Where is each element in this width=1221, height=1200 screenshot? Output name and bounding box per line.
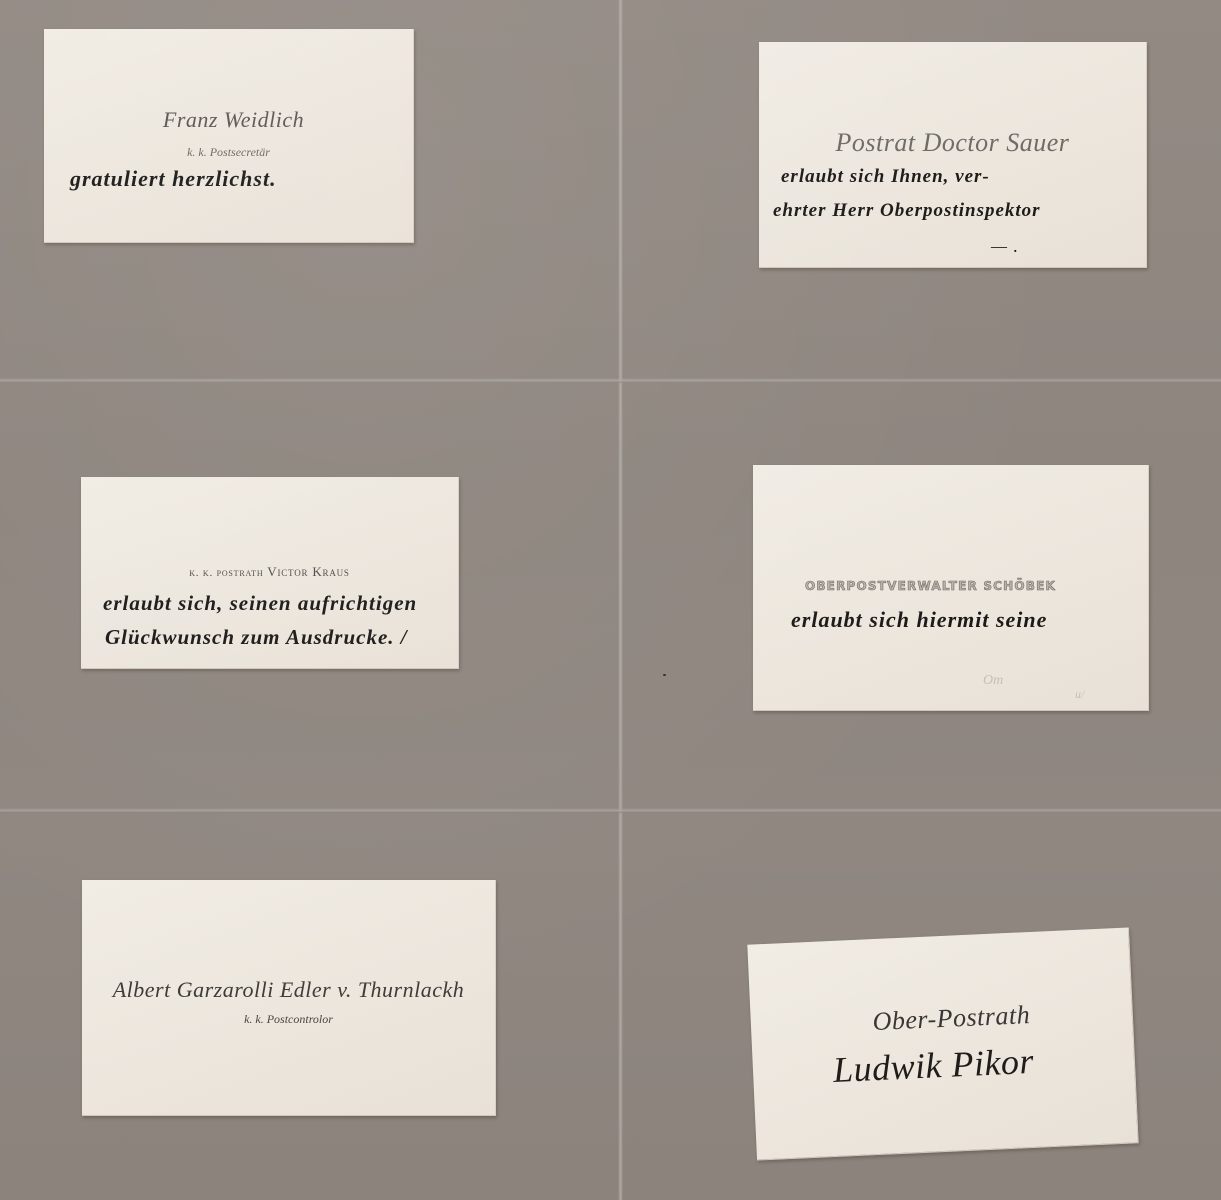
card-schobek: OBERPOSTVERWALTER SCHÖBEK erlaubt sich h… — [753, 465, 1149, 711]
pencil-mark: u/ — [1075, 687, 1084, 702]
card-printed-name-line: k. k. postrath Victor Kraus — [81, 564, 458, 580]
card-printed-name: Postrat Doctor Sauer — [759, 128, 1146, 158]
card-ludwik-pikor: Ober-Postrath Ludwik Pikor — [747, 927, 1138, 1160]
card-handwritten-line: ehrter Herr Oberpostinspektor — [773, 200, 1041, 222]
card-printed-title: k. k. Postsecretär — [44, 145, 413, 160]
card-printed-name: Ludwik Pikor — [752, 1035, 1135, 1094]
card-handwritten-line: gratuliert herzlichst. — [70, 166, 277, 192]
card-handwritten-line: erlaubt sich Ihnen, ver- — [781, 166, 990, 188]
card-albert-garzarolli: Albert Garzarolli Edler v. Thurnlackh k.… — [82, 880, 496, 1116]
card-printed-name: Franz Weidlich — [44, 107, 413, 133]
card-printed-title: Ober-Postrath — [750, 995, 1132, 1042]
card-handwritten-line: erlaubt sich, seinen aufrichtigen — [103, 591, 417, 616]
pencil-mark: Om — [983, 673, 1003, 689]
sleeve-divider-vertical — [618, 0, 623, 1200]
card-printed-prefix: k. k. postrath — [189, 567, 263, 579]
card-printed-name: Albert Garzarolli Edler v. Thurnlackh — [82, 977, 495, 1003]
sleeve-divider-horizontal-bottom — [0, 808, 1221, 813]
card-handwritten-signature: — . — [991, 236, 1019, 257]
card-franz-weidlich: Franz Weidlich k. k. Postsecretär gratul… — [44, 29, 414, 243]
card-doctor-sauer: Postrat Doctor Sauer erlaubt sich Ihnen,… — [759, 42, 1147, 268]
card-victor-kraus: k. k. postrath Victor Kraus erlaubt sich… — [81, 477, 459, 669]
card-printed-name: OBERPOSTVERWALTER SCHÖBEK — [753, 579, 1148, 593]
card-handwritten-line: erlaubt sich hiermit seine — [791, 607, 1047, 633]
card-handwritten-line: Glückwunsch zum Ausdrucke. / — [105, 625, 408, 650]
dust-spot — [663, 674, 666, 676]
card-printed-title: k. k. Postcontrolor — [82, 1012, 495, 1027]
card-printed-name: Victor Kraus — [267, 564, 349, 579]
sleeve-divider-horizontal-top — [0, 378, 1221, 383]
